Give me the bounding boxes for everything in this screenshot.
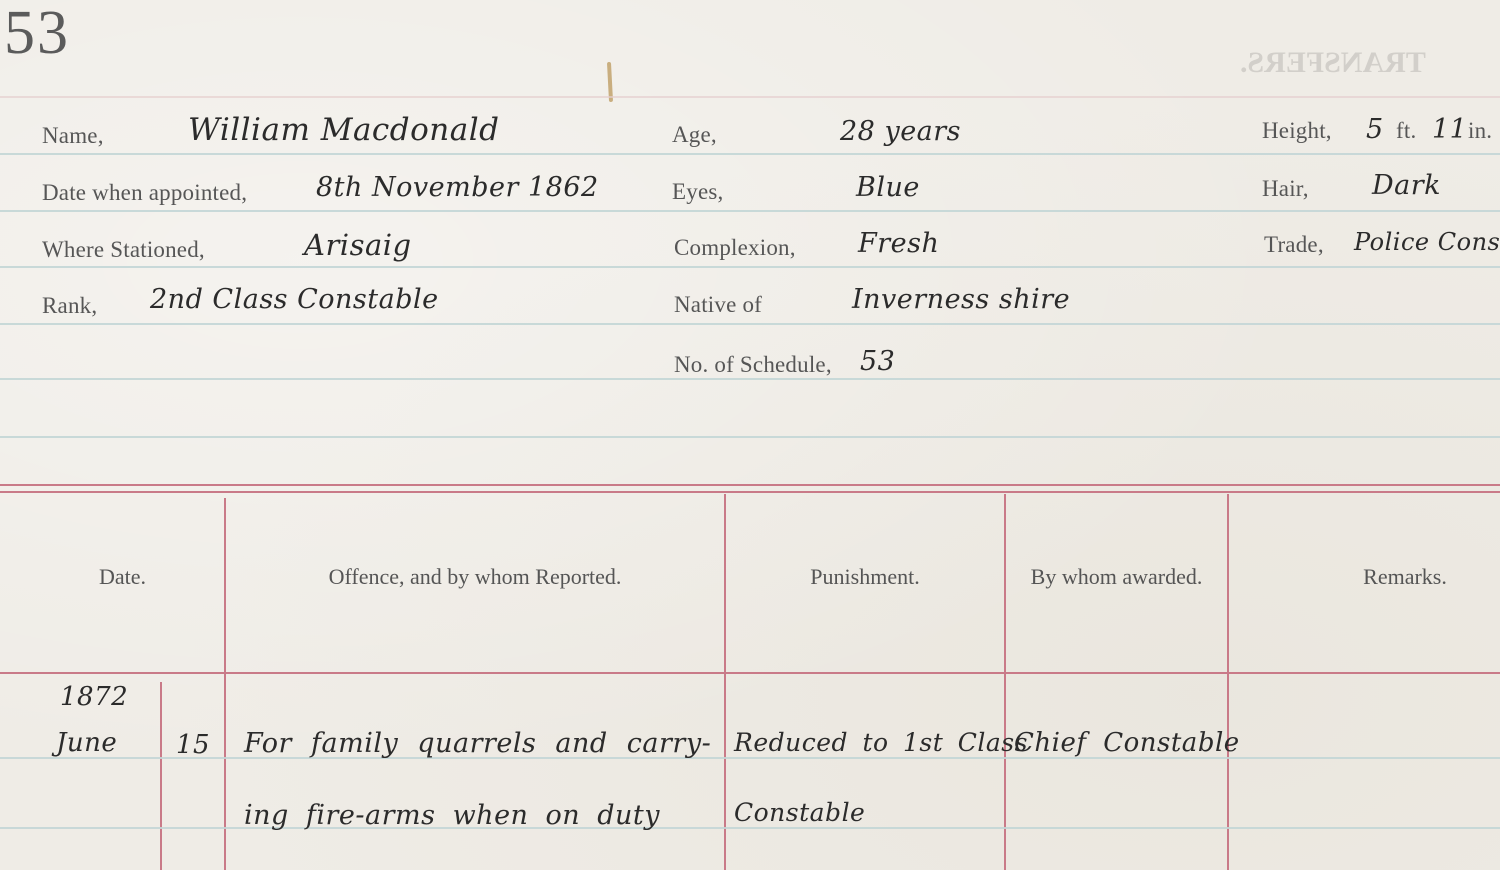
- ruled-line: [0, 266, 1500, 268]
- column-header-awarded-by: By whom awarded.: [1006, 564, 1227, 590]
- height-in-unit: in.: [1468, 118, 1492, 144]
- height-ft-unit: ft.: [1396, 118, 1416, 144]
- hair-value: Dark: [1372, 170, 1441, 201]
- height-feet-value: 5: [1366, 114, 1384, 145]
- column-header-punishment: Punishment.: [726, 564, 1004, 590]
- schedule-no-value: 53: [860, 346, 895, 377]
- date-day-divider: [160, 682, 162, 870]
- date-appointed-label: Date when appointed,: [42, 180, 247, 206]
- eyes-label: Eyes,: [672, 179, 723, 205]
- entry-year: 1872: [60, 682, 128, 712]
- ruled-line: [0, 210, 1500, 212]
- ruled-line: [0, 827, 1500, 829]
- column-divider: [724, 494, 726, 870]
- ruled-line: [0, 323, 1500, 325]
- native-of-value: Inverness shire: [852, 284, 1070, 315]
- top-rule: [0, 96, 1500, 98]
- name-value: William Macdonald: [188, 112, 500, 148]
- column-header-remarks: Remarks.: [1330, 564, 1480, 590]
- bleed-through-heading: TRANSFERS.: [1240, 46, 1426, 80]
- entry-punishment-line1: Reduced to 1st Class: [734, 728, 1028, 757]
- ruled-line: [0, 436, 1500, 438]
- where-stationed-value: Arisaig: [304, 228, 412, 262]
- column-divider: [1004, 494, 1006, 870]
- eyes-value: Blue: [856, 172, 920, 203]
- entry-awarded-by: Chief Constable: [1014, 728, 1240, 758]
- entry-offence-line2: ing fire-arms when on duty: [244, 800, 660, 831]
- native-of-label: Native of: [674, 292, 762, 318]
- table-top-rule: [0, 484, 1500, 486]
- schedule-no-label: No. of Schedule,: [674, 352, 832, 378]
- height-label: Height,: [1262, 118, 1332, 144]
- trade-label: Trade,: [1264, 232, 1324, 258]
- ruled-line: [0, 378, 1500, 380]
- column-header-offence: Offence, and by whom Reported.: [226, 564, 724, 590]
- name-label: Name,: [42, 123, 104, 149]
- entry-month: June: [56, 728, 117, 758]
- page-number: 53: [4, 2, 70, 64]
- hair-label: Hair,: [1262, 176, 1309, 202]
- column-divider: [224, 498, 226, 870]
- complexion-value: Fresh: [858, 228, 939, 259]
- column-divider: [1227, 494, 1229, 870]
- rank-value: 2nd Class Constable: [150, 284, 439, 315]
- rank-label: Rank,: [42, 293, 97, 319]
- entry-day: 15: [176, 730, 210, 760]
- table-top-rule-inner: [0, 491, 1500, 493]
- age-label: Age,: [672, 122, 717, 148]
- column-header-date: Date.: [60, 564, 185, 590]
- height-inches-value: 11: [1432, 114, 1467, 145]
- entry-punishment-line2: Constable: [734, 798, 865, 827]
- where-stationed-label: Where Stationed,: [42, 237, 205, 263]
- ruled-line: [0, 757, 1500, 759]
- entry-offence-line1: For family quarrels and carry-: [244, 728, 711, 759]
- complexion-label: Complexion,: [674, 235, 796, 261]
- date-appointed-value: 8th November 1862: [316, 172, 599, 203]
- age-value: 28 years: [840, 116, 961, 147]
- trade-value: Police Cons.: [1354, 228, 1500, 256]
- ruled-line: [0, 153, 1500, 155]
